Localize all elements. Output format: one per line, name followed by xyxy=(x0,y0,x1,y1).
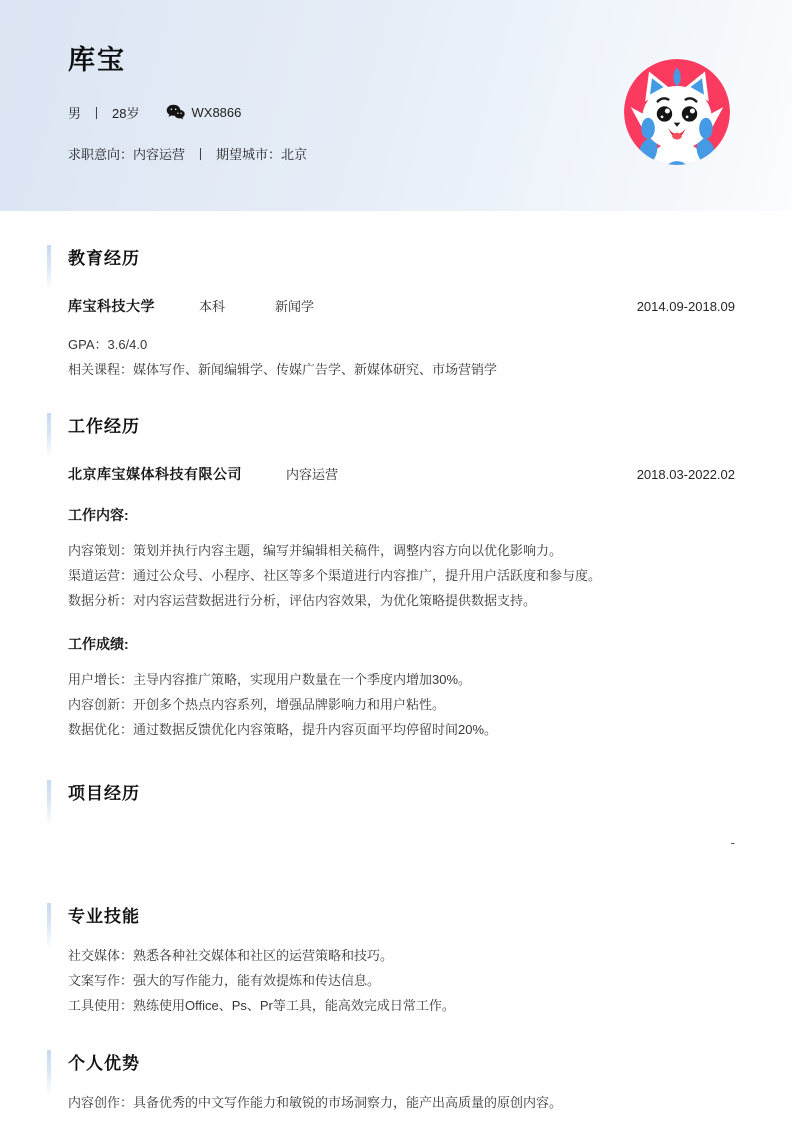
degree-label: 本科 xyxy=(199,296,225,315)
section-title-strengths: 个人优势 xyxy=(68,1049,735,1074)
skill-line: 社交媒体：熟悉各种社交媒体和社区的运营策略和技巧。 xyxy=(68,943,735,968)
strengths-lines: 内容创作：具备优秀的中文写作能力和敏锐的市场洞察力，能产出高质量的原创内容。 xyxy=(68,1090,735,1115)
gpa-line: GPA：3.6/4.0 xyxy=(68,332,735,357)
education-details: GPA：3.6/4.0 相关课程：媒体写作、新闻编辑学、传媒广告学、新媒体研究、… xyxy=(68,332,735,382)
work-achievement-label: 工作成绩: xyxy=(68,634,735,654)
intent-info-row: 求职意向：内容运营 丨 期望城市：北京 xyxy=(68,144,735,163)
resume-page: { "header": { "name": "库宝", "gender_age"… xyxy=(0,0,792,1121)
gender-label: 男 xyxy=(68,103,81,122)
wechat-icon xyxy=(166,104,185,120)
work-content-line: 渠道运营：通过公众号、小程序、社区等多个渠道进行内容推广，提升用户活跃度和参与度… xyxy=(68,563,735,588)
section-title-skills: 专业技能 xyxy=(68,902,735,927)
courses-line: 相关课程：媒体写作、新闻编辑学、传媒广告学、新媒体研究、市场营销学 xyxy=(68,357,735,382)
education-entry-row: 库宝科技大学 本科 新闻学 2014.09-2018.09 xyxy=(68,296,735,316)
skill-line: 工具使用：熟练使用Office、Ps、Pr等工具，能高效完成日常工作。 xyxy=(68,993,735,1018)
work-content-line: 内容策划：策划并执行内容主题，编写并编辑相关稿件，调整内容方向以优化影响力。 xyxy=(68,538,735,563)
section-strengths: 个人优势 xyxy=(68,1049,735,1074)
section-accent-bar xyxy=(47,245,51,291)
work-content-lines: 内容策划：策划并执行内容主题，编写并编辑相关稿件，调整内容方向以优化影响力。 渠… xyxy=(68,538,735,613)
separator: 丨 xyxy=(90,103,103,122)
job-intent: 求职意向：内容运营 xyxy=(68,144,185,163)
work-entry-row: 北京库宝媒体科技有限公司 内容运营 2018.03-2022.02 xyxy=(68,464,735,484)
section-title-projects: 项目经历 xyxy=(68,779,735,804)
work-content-line: 数据分析：对内容运营数据进行分析，评估内容效果，为优化策略提供数据支持。 xyxy=(68,588,735,613)
projects-placeholder: - xyxy=(68,833,735,853)
expected-city: 期望城市：北京 xyxy=(216,144,307,163)
work-date: 2018.03-2022.02 xyxy=(637,467,735,482)
education-date: 2014.09-2018.09 xyxy=(637,299,735,314)
job-role: 内容运营 xyxy=(286,464,338,483)
section-title-work: 工作经历 xyxy=(68,412,735,437)
avatar xyxy=(624,59,730,165)
section-accent-bar xyxy=(47,780,51,826)
section-education: 教育经历 xyxy=(68,244,735,269)
section-accent-bar xyxy=(47,413,51,459)
age-label: 28岁 xyxy=(112,103,139,122)
candidate-name: 库宝 xyxy=(68,44,735,78)
work-achievement-line: 数据优化：通过数据反馈优化内容策略，提升内容页面平均停留时间20%。 xyxy=(68,717,735,742)
major-label: 新闻学 xyxy=(275,296,314,315)
work-achievement-lines: 用户增长：主导内容推广策略，实现用户数量在一个季度内增加30%。 内容创新：开创… xyxy=(68,667,735,742)
resume-header: 库宝 男 丨 28岁 WX8866 求职意向：内容运营 丨 期望城市：北京 xyxy=(0,0,792,211)
section-accent-bar xyxy=(47,903,51,949)
work-achievement-line: 用户增长：主导内容推广策略，实现用户数量在一个季度内增加30%。 xyxy=(68,667,735,692)
section-accent-bar xyxy=(47,1050,51,1096)
section-title-education: 教育经历 xyxy=(68,244,735,269)
skill-line: 文案写作：强大的写作能力，能有效提炼和传达信息。 xyxy=(68,968,735,993)
work-content-label: 工作内容: xyxy=(68,505,735,525)
school-name: 库宝科技大学 xyxy=(68,296,155,316)
section-projects: 项目经历 xyxy=(68,779,735,804)
section-skills: 专业技能 xyxy=(68,902,735,927)
wechat-id: WX8866 xyxy=(192,105,242,120)
resume-body: 教育经历 库宝科技大学 本科 新闻学 2014.09-2018.09 GPA：3… xyxy=(0,244,792,1115)
skills-lines: 社交媒体：熟悉各种社交媒体和社区的运营策略和技巧。 文案写作：强大的写作能力，能… xyxy=(68,943,735,1018)
strength-line: 内容创作：具备优秀的中文写作能力和敏锐的市场洞察力，能产出高质量的原创内容。 xyxy=(68,1090,735,1115)
company-name: 北京库宝媒体科技有限公司 xyxy=(68,464,242,484)
section-work: 工作经历 xyxy=(68,412,735,437)
work-achievement-line: 内容创新：开创多个热点内容系列，增强品牌影响力和用户粘性。 xyxy=(68,692,735,717)
separator: 丨 xyxy=(194,144,207,163)
